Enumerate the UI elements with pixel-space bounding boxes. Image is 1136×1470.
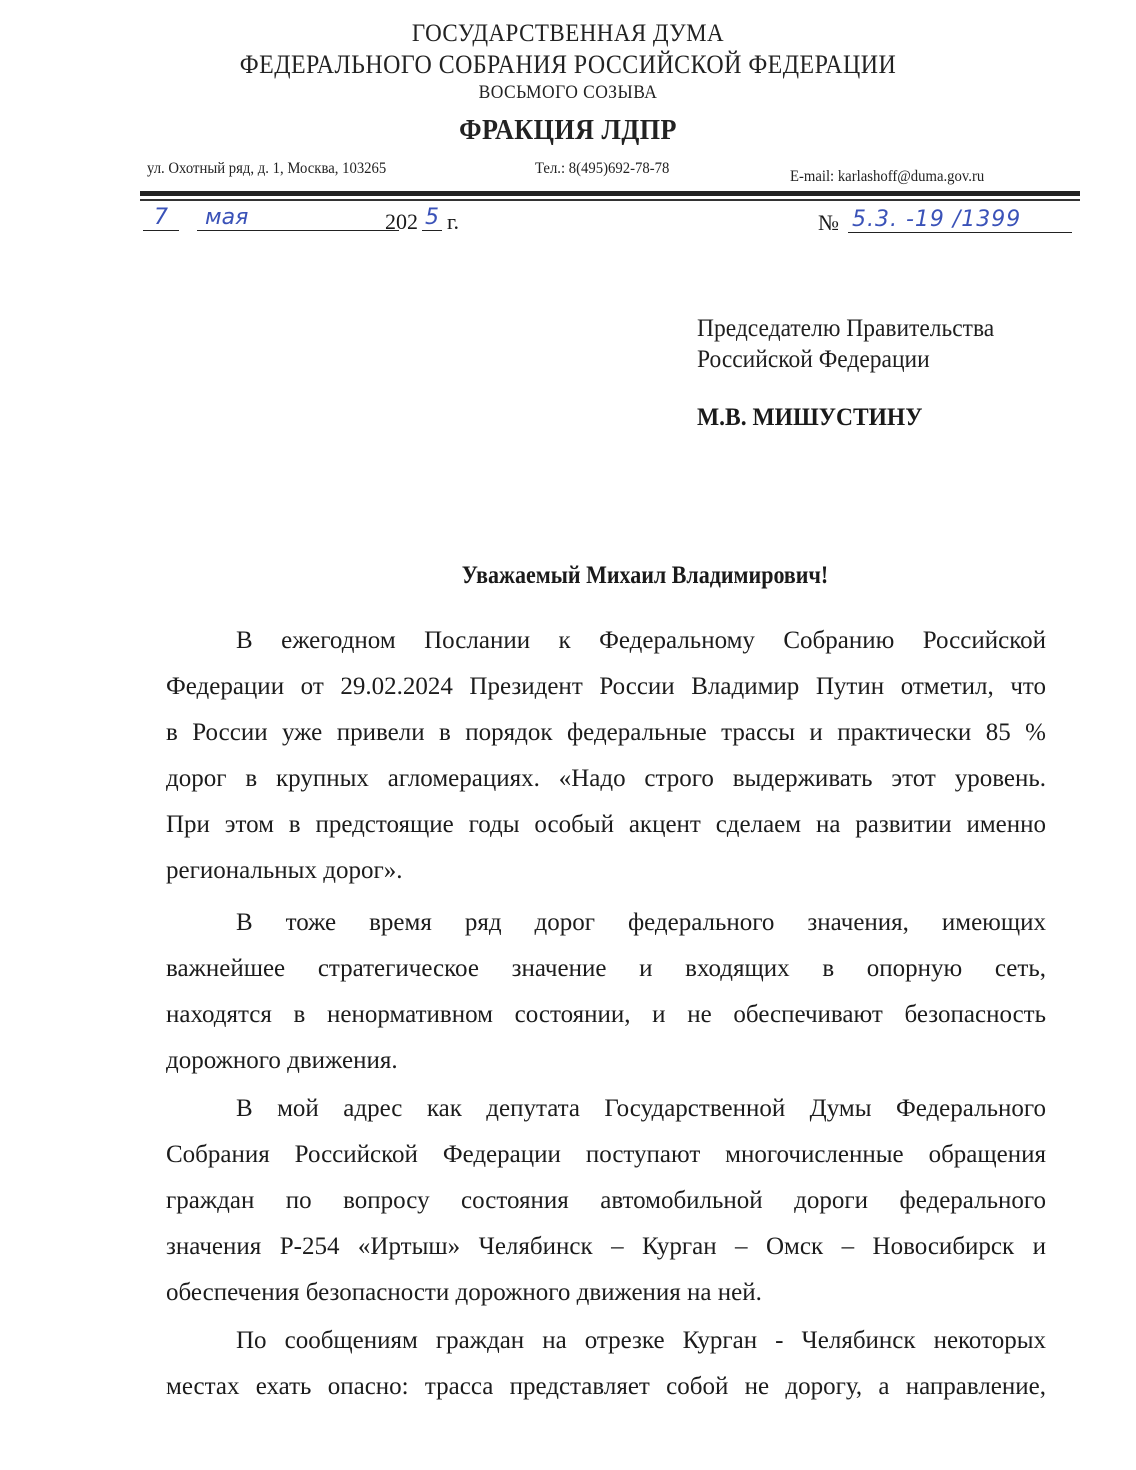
- greeting: Уважаемый Михаил Владимирович!: [77, 562, 1136, 590]
- registration-number: 5.3. -19 /1399: [848, 207, 1072, 233]
- letterhead-rule-thick: [140, 191, 1080, 196]
- paragraph-line: В мой адрес как депутата Государственной…: [166, 1086, 1046, 1132]
- addressee-organization: Российской Федерации: [697, 346, 930, 374]
- date-year-digit: 5: [422, 205, 442, 231]
- paragraph-line: находятся в ненормативном состоянии, и н…: [166, 992, 1046, 1038]
- addressee-name: М.В. МИШУСТИНУ: [697, 404, 922, 432]
- letterhead-phone: Тел.: 8(495)692-78-78: [535, 160, 669, 178]
- paragraph-3: В мой адрес как депутата Государственной…: [166, 1086, 1046, 1316]
- date-year-suffix: г.: [447, 209, 459, 235]
- paragraph-line: в России уже привели в порядок федеральн…: [166, 710, 1046, 756]
- paragraph-1: В ежегодном Послании к Федеральному Собр…: [166, 618, 1046, 894]
- registration-number-label: №: [818, 210, 839, 236]
- letterhead-title: ГОСУДАРСТВЕННАЯ ДУМА: [45, 20, 1090, 48]
- letterhead-convocation: ВОСЬМОГО СОЗЫВА: [45, 82, 1090, 104]
- paragraph-line: дорожного движения.: [166, 1038, 1046, 1084]
- letterhead-subtitle: ФЕДЕРАЛЬНОГО СОБРАНИЯ РОССИЙСКОЙ ФЕДЕРАЦ…: [45, 50, 1090, 80]
- date-day: 7: [143, 205, 179, 231]
- paragraph-line: При этом в предстоящие годы особый акцен…: [166, 802, 1046, 848]
- paragraph-line: дорог в крупных агломерациях. «Надо стро…: [166, 756, 1046, 802]
- date-month: мая: [197, 205, 399, 231]
- letterhead-address: ул. Охотный ряд, д. 1, Москва, 103265: [147, 160, 386, 178]
- paragraph-line: Собрания Российской Федерации поступают …: [166, 1132, 1046, 1178]
- paragraph-line: По сообщениям граждан на отрезке Курган …: [166, 1318, 1046, 1364]
- paragraph-line: Федерации от 29.02.2024 Президент России…: [166, 664, 1046, 710]
- paragraph-2: В тоже время ряд дорог федерального знач…: [166, 900, 1046, 1084]
- letterhead-faction: ФРАКЦИЯ ЛДПР: [57, 114, 1079, 147]
- paragraph-4: По сообщениям граждан на отрезке Курган …: [166, 1318, 1046, 1410]
- paragraph-line: граждан по вопросу состояния автомобильн…: [166, 1178, 1046, 1224]
- paragraph-line: В тоже время ряд дорог федерального знач…: [166, 900, 1046, 946]
- paragraph-line: важнейшее стратегическое значение и вход…: [166, 946, 1046, 992]
- letterhead-email: E-mail: karlashoff@duma.gov.ru: [790, 168, 984, 186]
- paragraph-line: значения Р-254 «Иртыш» Челябинск – Курга…: [166, 1224, 1046, 1270]
- paragraph-line: В ежегодном Послании к Федеральному Собр…: [166, 618, 1046, 664]
- letterhead-rule-thin: [140, 199, 1080, 201]
- paragraph-line: региональных дорог».: [166, 848, 1046, 894]
- addressee-position: Председателю Правительства: [697, 315, 994, 343]
- date-year-prefix: 202: [385, 209, 418, 235]
- paragraph-line: обеспечения безопасности дорожного движе…: [166, 1270, 1046, 1316]
- paragraph-line: местах ехать опасно: трасса представляет…: [166, 1364, 1046, 1410]
